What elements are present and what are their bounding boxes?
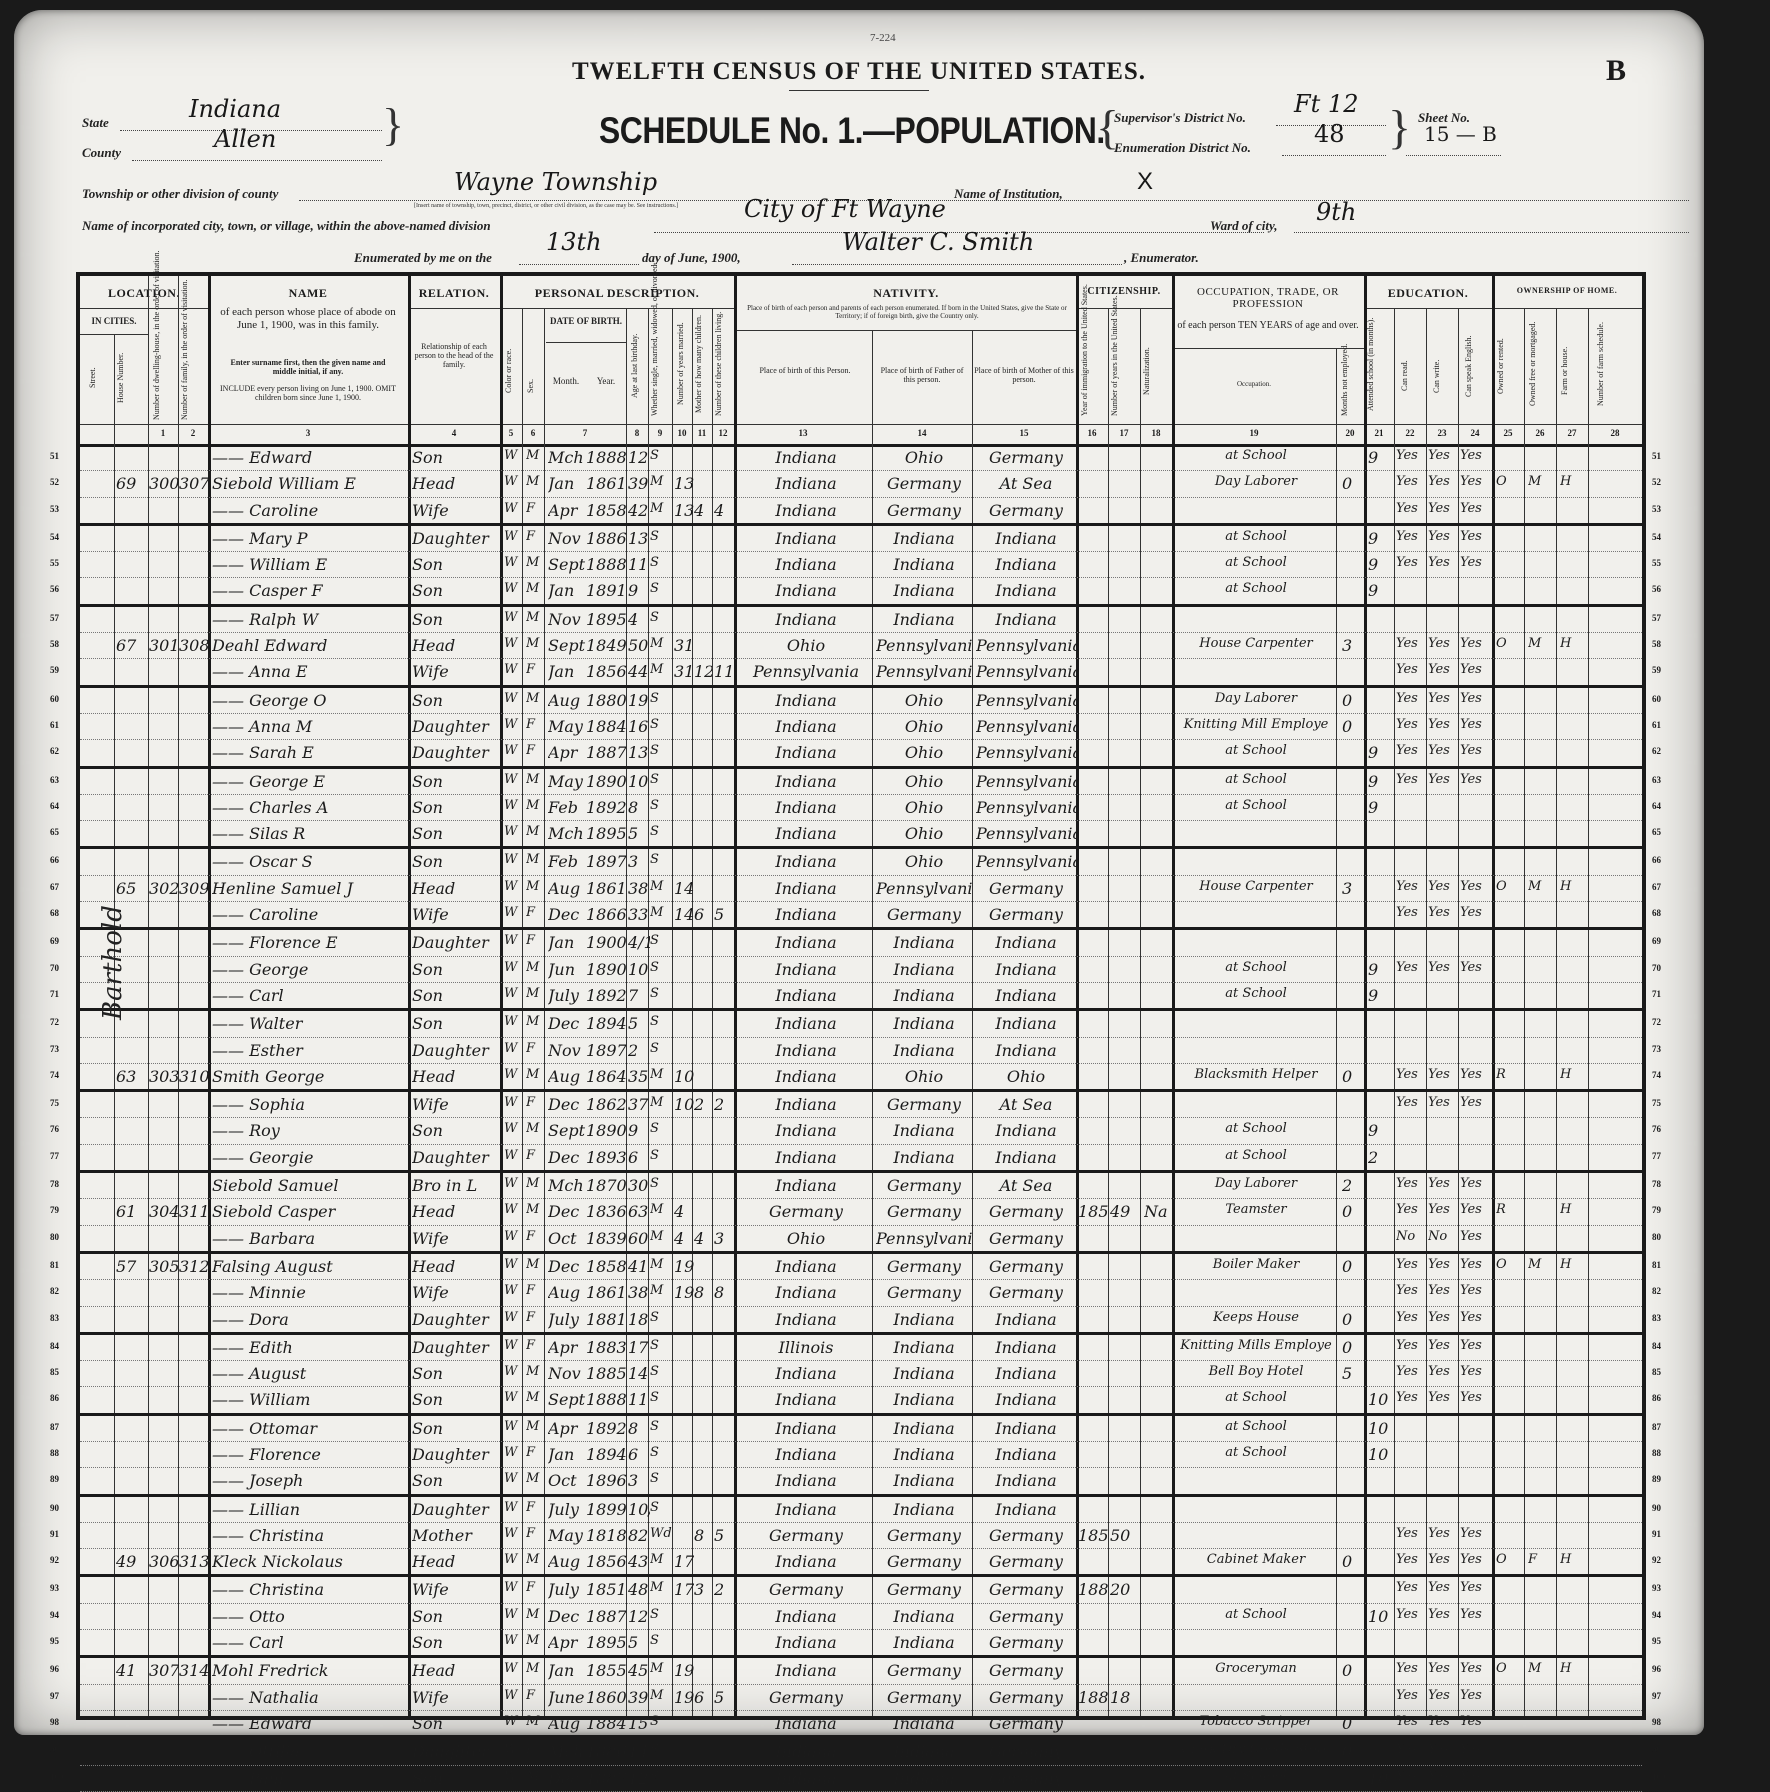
table-row: 8282—— MinnieWifeWFAug186138M1988Indiana… [80,1280,1642,1306]
can-speak-english: Yes [1460,1202,1492,1217]
birthplace-father: Indiana [876,1390,972,1409]
birthplace-person: Pennsylvania [740,662,872,681]
birthplace-person: Indiana [740,1742,872,1747]
line-number-left: 61 [50,720,59,730]
birthplace-person: Indiana [740,1714,872,1733]
color-race: W [504,798,522,813]
children-living: 5 [714,905,732,924]
birthplace-father: Indiana [876,555,972,574]
occupation: Day Laborer [1176,1176,1336,1191]
birth-year: 1855 [586,1661,626,1680]
can-read: Yes [1396,1580,1426,1595]
table-row: 7070—— GeorgeSonWMJun189010SIndianaIndia… [80,957,1642,983]
owned-or-rented: O [1496,1257,1524,1272]
age: 38 [628,1283,650,1302]
line-number-right: 93 [1652,1583,1661,1593]
group-occupation: OCCUPATION, TRADE, OR PROFESSION [1172,286,1364,310]
group-nativity: NATIVITY. [736,286,1076,301]
sex: M [526,1471,544,1486]
birthplace-mother: Indiana [976,555,1076,574]
birthplace-person: Indiana [740,905,872,924]
line-number-left: 86 [50,1393,59,1403]
color-race: W [504,1390,522,1405]
nativity-rule [736,330,1076,331]
marital-status: S [650,691,672,706]
months-unemployed: 0 [1342,1661,1364,1680]
marital-status: S [650,824,672,839]
relation: Son [412,824,500,843]
age: 18 [628,1310,650,1329]
supervisor-value: Ft 12 [1294,90,1358,118]
sex: F [526,501,544,516]
can-speak-english: Yes [1460,1552,1492,1567]
person-name: —— Edward [212,1714,406,1733]
birthplace-mother: Indiana [976,1041,1076,1060]
birth-year: 1818 [586,1526,626,1545]
birthplace-person: Indiana [740,474,872,493]
birth-month: Aug [548,1283,586,1302]
age: 35 [628,1067,650,1086]
birth-year: 1890 [586,1121,626,1140]
birth-month: Aug [548,1067,586,1086]
marital-status: S [650,798,672,813]
birthplace-mother: Indiana [976,1419,1076,1438]
birthplace-person: Indiana [740,1257,872,1276]
months-unemployed: 0 [1342,1257,1364,1276]
age: 17 [628,1338,650,1357]
table-row: 5454—— Mary PDaughterWFNov188613SIndiana… [80,526,1642,552]
birthplace-mother: Indiana [976,1014,1076,1033]
table-row: 585867301308Deahl EdwardHeadWMSept184950… [80,633,1642,659]
city-label: Name of incorporated city, town, or vill… [82,218,491,234]
birthplace-father: Pennsylvania [876,636,972,655]
marital-status: S [650,555,672,570]
birthplace-father: Ohio [876,1067,972,1086]
can-speak-english: Yes [1460,879,1492,894]
color-race: W [504,610,522,625]
marital-status: M [650,636,672,651]
marital-status: S [650,1445,672,1460]
line-number-right: 57 [1652,613,1661,623]
birthplace-father: Ohio [876,852,972,871]
color-race: W [504,717,522,732]
can-write: Yes [1428,1095,1458,1110]
birthplace-father: Ohio [876,824,972,843]
birth-year: 1896 [586,1471,626,1490]
birthplace-person: Ohio [740,1229,872,1248]
children-living: 4 [714,501,732,520]
birthplace-person: Indiana [740,1310,872,1329]
relation: Wife [412,1688,500,1707]
can-write: Yes [1428,1283,1458,1298]
sex: F [526,1580,544,1595]
table-row: 7575—— SophiaWifeWFDec186237M1022Indiana… [80,1092,1642,1118]
house-number: 63 [116,1067,148,1086]
marital-label: Whether single, married, widowed, or div… [650,312,672,416]
birth-year: 1897 [586,852,626,871]
years-married: 4 [674,1202,694,1221]
color-race: W [504,555,522,570]
relation: Son [412,448,500,467]
birthplace-mother: Indiana [976,1148,1076,1167]
line-number-right: 97 [1652,1691,1661,1701]
birthplace-person: Indiana [740,1633,872,1652]
institution-label: Name of Institution, [954,186,1063,202]
can-speak-english: Yes [1460,636,1492,651]
age: 12 [628,448,650,467]
age: 60 [628,1229,650,1248]
column-number: 4 [408,428,500,438]
person-name: Siebold Casper [212,1202,406,1221]
person-name: —— Joseph [212,1471,406,1490]
table-row: 5151—— EdwardSonWMMch188812SIndianaOhioG… [80,445,1642,471]
can-read: Yes [1396,1257,1426,1272]
age: 8 [628,1419,650,1438]
line-number-right: 85 [1652,1367,1661,1377]
family-number: 311 [179,1202,209,1221]
can-write: Yes [1428,1552,1458,1567]
relation: Son [412,1607,500,1626]
table-row: 9999—— OttiliaDaughterWFMch188614SIndian… [80,1739,1642,1747]
year-label: Year. [586,376,626,386]
birthplace-father: Germany [876,1176,972,1195]
birth-year: 1870 [586,1176,626,1195]
can-speak-english: Yes [1460,1283,1492,1298]
line-number-right: 81 [1652,1260,1661,1270]
birth-month: May [548,772,586,791]
can-read: Yes [1396,772,1426,787]
column-number: 10 [672,428,692,438]
occupation: at School [1176,581,1336,596]
can-read: Yes [1396,1095,1426,1110]
birth-month: June [548,1688,586,1707]
birthplace-person: Indiana [740,691,872,710]
sex-label: Sex. [526,356,540,416]
relation-rule [408,308,500,309]
birth-month: Dec [548,1257,586,1276]
free-or-mortgaged: M [1528,879,1556,894]
birthplace-father: Germany [876,501,972,520]
enumeration-value: 48 [1314,120,1345,148]
sex: F [526,905,544,920]
age: 8 [628,798,650,817]
birthplace-mother: Pennsylvania [976,662,1076,681]
margin-note: Barthold [98,905,128,1020]
birthplace-mother: At Sea [976,1095,1076,1114]
color-label: Color or race. [504,326,518,416]
sex: F [526,933,544,948]
children-living: 3 [714,1229,732,1248]
birth-month: Sept [548,1390,586,1409]
line-number-right: 59 [1652,665,1661,675]
months-unemployed: 0 [1342,1067,1364,1086]
birthplace-person: Ohio [740,636,872,655]
color-race: W [504,852,522,867]
relation: Son [412,960,500,979]
line-number-right: 73 [1652,1044,1661,1054]
line-number-right: 87 [1652,1422,1661,1432]
age: 48 [628,1580,650,1599]
table-row: 6868—— CarolineWifeWFDec186633M1465India… [80,902,1642,930]
age: 41 [628,1257,650,1276]
line-number-left: 72 [50,1017,59,1027]
color-race: W [504,1500,522,1515]
can-read: Yes [1396,1310,1426,1325]
birthplace-father: Pennsylvania [876,662,972,681]
can-write: Yes [1428,960,1458,975]
sex: F [526,717,544,732]
birthplace-mother: Indiana [976,1310,1076,1329]
birthplace-father: Indiana [876,1310,972,1329]
relation: Bro in L [412,1176,500,1195]
age: 9 [628,1121,650,1140]
sex: M [526,1607,544,1622]
census-title-text: TWELFTH CENSUS OF THE UNITED STATES. [572,58,1146,85]
can-read: Yes [1396,1661,1426,1676]
column-number: 19 [1172,428,1336,438]
color-race: W [504,1202,522,1217]
attended-school: 2 [1368,1148,1394,1167]
table-row: 5757—— Ralph WSonWMNov18954SIndianaIndia… [80,607,1642,633]
age: 42 [628,501,650,520]
birth-month: Feb [548,852,586,871]
birthplace-father: Germany [876,1552,972,1571]
birthplace-mother: Indiana [976,1471,1076,1490]
can-read: Yes [1396,1526,1426,1541]
line-number-right: 65 [1652,827,1661,837]
person-name: —— Florence E [212,933,406,952]
birthplace-mother: Pennsylvania [976,717,1076,736]
title-rule [789,90,929,91]
column-number: 26 [1524,428,1556,438]
free-mortgaged-label: Owned free or mortgaged. [1528,312,1542,416]
marital-status: M [650,1283,672,1298]
line-number-left: 63 [50,775,59,785]
color-race: W [504,1661,522,1676]
table-row: 8787—— OttomarSonWMApr18928SIndianaIndia… [80,1416,1642,1442]
children-living: 2 [714,1580,732,1599]
column-number: 16 [1076,428,1108,438]
birth-year: 1849 [586,636,626,655]
sex: M [526,852,544,867]
months-unemployed: 5 [1342,1364,1364,1383]
occupation-desc: of each person TEN YEARS of age and over… [1172,320,1364,332]
name-note-1: Enter surname first, then the given name… [218,358,398,376]
age: 9 [628,581,650,600]
occupation: at School [1176,743,1336,758]
ward-value: 9th [1316,198,1356,226]
age: 5 [628,1633,650,1652]
relation: Son [412,1121,500,1140]
can-speak-english: Yes [1460,960,1492,975]
table-row: 6666—— Oscar SSonWMFeb18973SIndianaOhioP… [80,849,1642,875]
census-title: TWELFTH CENSUS OF THE UNITED STATES. [14,58,1704,91]
can-read: Yes [1396,448,1426,463]
birthplace-mother: Germany [976,879,1076,898]
marital-status: M [650,1067,672,1082]
birth-month: Nov [548,1364,586,1383]
immigration-year: 1880 [1078,1580,1108,1599]
street-label: Street. [88,338,102,418]
can-write: Yes [1428,1714,1458,1729]
occupation: at School [1176,960,1336,975]
line-number-right: 75 [1652,1098,1661,1108]
birthplace-father: Ohio [876,798,972,817]
table-row: 6969—— Florence EDaughterWFJan19004/12SI… [80,930,1642,956]
can-write: Yes [1428,474,1458,489]
sex: M [526,610,544,625]
owned-or-rented: R [1496,1202,1524,1217]
can-write: Yes [1428,1202,1458,1217]
line-number-right: 95 [1652,1636,1661,1646]
marital-status: S [650,1310,672,1325]
birthplace-person: Indiana [740,1041,872,1060]
column-number: 23 [1426,428,1458,438]
occupation: at School [1176,1121,1336,1136]
mother-of-label: Mother of how many children. [694,312,712,416]
birth-month: Jan [548,474,586,493]
sex: F [526,1338,544,1353]
birth-year: 1884 [586,1714,626,1733]
sheet-no-line [1406,155,1501,156]
farm-or-house: H [1560,636,1588,651]
marital-status: S [650,717,672,732]
line-number-left: 90 [50,1503,59,1513]
relation: Daughter [412,529,500,548]
group-education: EDUCATION. [1364,286,1492,301]
can-write: Yes [1428,1390,1458,1405]
birthplace-person: Indiana [740,986,872,1005]
group-ownership: OWNERSHIP OF HOME. [1492,286,1642,295]
marital-status: S [650,960,672,975]
birth-year: 1856 [586,1552,626,1571]
age: 10 [628,960,650,979]
age: 44 [628,662,650,681]
column-number: 13 [734,428,872,438]
occupation: Cabinet Maker [1176,1552,1336,1567]
person-name: Kleck Nickolaus [212,1552,406,1571]
table-row: 9595—— CarlSonWMApr18955SIndianaIndianaG… [80,1630,1642,1658]
line-number-left: 60 [50,694,59,704]
can-write: Yes [1428,1067,1458,1082]
sheet-no-value: 15 — B [1424,122,1497,146]
person-name: Deahl Edward [212,636,406,655]
education-rule [1364,308,1492,309]
house-number: 65 [116,879,148,898]
line-number-left: 78 [50,1179,59,1189]
birth-year: 1858 [586,1257,626,1276]
color-race: W [504,501,522,516]
marital-status: S [650,933,672,948]
birth-year: 1886 [586,529,626,548]
relation: Daughter [412,743,500,762]
column-number: 27 [1556,428,1588,438]
person-name: —— Ottilia [212,1742,406,1747]
line-number-left: 54 [50,532,59,542]
birth-month: Jan [548,662,586,681]
can-write: Yes [1428,1661,1458,1676]
sex: M [526,1714,544,1729]
colnum-rule [80,424,1642,425]
relation: Daughter [412,1041,500,1060]
column-number: 18 [1140,428,1172,438]
years-married: 19 [674,1257,694,1276]
birthplace-person: Indiana [740,1500,872,1519]
months-unemployed: 0 [1342,1202,1364,1221]
brace-right: } [1388,100,1411,155]
birthplace-mother: Germany [976,1688,1076,1707]
sex: M [526,636,544,651]
can-read: Yes [1396,1742,1426,1747]
brace: } [382,98,404,151]
line-number-right: 62 [1652,746,1661,756]
color-race: W [504,1633,522,1648]
birth-year: 1861 [586,1283,626,1302]
birthplace-mother: Germany [976,1633,1076,1652]
line-number-left: 73 [50,1044,59,1054]
color-race: W [504,1364,522,1379]
can-read: Yes [1396,879,1426,894]
county-value: Allen [214,125,276,153]
birthplace-person: Indiana [740,529,872,548]
can-read: Yes [1396,1283,1426,1298]
line-number-left: 84 [50,1341,59,1351]
relation: Daughter [412,1445,500,1464]
months-unemployed: 0 [1342,1742,1364,1747]
sex: M [526,1014,544,1029]
column-number: 3 [208,428,408,438]
marital-status: S [650,448,672,463]
birth-year: 1861 [586,474,626,493]
birthplace-father: Germany [876,1580,972,1599]
can-write: Yes [1428,501,1458,516]
table-row: 7272—— WalterSonWMDec18945SIndianaIndian… [80,1011,1642,1037]
marital-status: S [650,1607,672,1622]
birth-month: Jun [548,960,586,979]
sex: F [526,1688,544,1703]
family-number: 308 [179,636,209,655]
sex: F [526,662,544,677]
birthplace-mother: Pennsylvania [976,824,1076,843]
birth-year: 1890 [586,772,626,791]
children-living: 5 [714,1526,732,1545]
table-row: 9494—— OttoSonWMDec188712SIndianaIndiana… [80,1604,1642,1630]
person-name: —— William E [212,555,406,574]
naturalization: Na [1144,1202,1172,1221]
age: 37 [628,1095,650,1114]
marital-status: S [650,1714,672,1729]
color-race: W [504,1121,522,1136]
marital-status: S [650,1176,672,1191]
birth-month: Apr [548,743,586,762]
birthplace-mother: Indiana [976,1390,1076,1409]
birthplace-mother: At Sea [976,474,1076,493]
family-number: 312 [179,1257,209,1276]
can-speak-english: Yes [1460,1742,1492,1747]
relation: Son [412,1014,500,1033]
line-number-right: 69 [1652,936,1661,946]
can-write: Yes [1428,1364,1458,1379]
age: 19 [628,691,650,710]
years-married: 17 [674,1580,694,1599]
birth-year: 1887 [586,743,626,762]
age: 10 [628,772,650,791]
line-number-right: 71 [1652,989,1661,999]
line-number-left: 71 [50,989,59,999]
column-number: 7 [544,428,626,438]
age: 2 [628,1041,650,1060]
birth-year: 1894 [586,1014,626,1033]
